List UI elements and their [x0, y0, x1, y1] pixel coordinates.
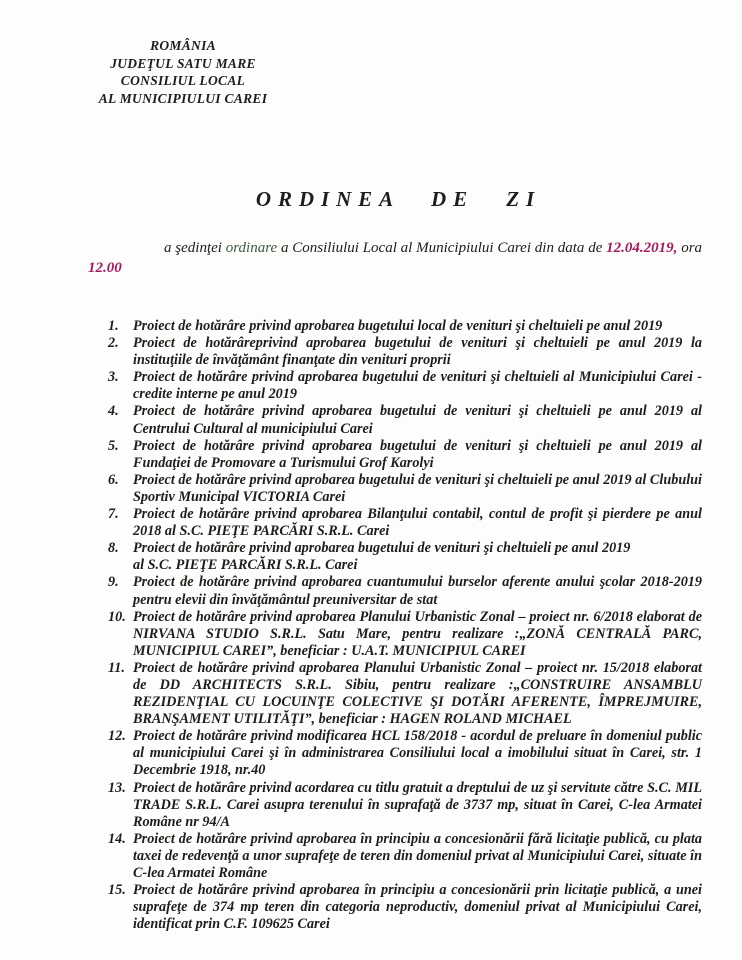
subtitle-body: a Consiliului Local al Municipiului Care…	[281, 240, 602, 256]
item-number: 6.	[108, 472, 133, 489]
letterhead: ROMÂNIA JUDEŢUL SATU MARE CONSILIUL LOCA…	[83, 37, 283, 107]
item-number: 8.	[108, 540, 133, 557]
item-number: 15.	[108, 882, 133, 899]
item-text: Proiect de hotărâre privind aprobarea bu…	[133, 438, 702, 471]
page-title: ORDINEA DE ZI	[88, 186, 702, 212]
item-text: Proiect de hotărâre privind aprobarea Pl…	[133, 609, 702, 659]
agenda-item: 8.Proiect de hotărâre privind aprobarea …	[108, 540, 702, 574]
item-number: 12.	[108, 728, 133, 745]
agenda-item: 11.Proiect de hotărâre privind aprobarea…	[108, 660, 702, 728]
document-page: ROMÂNIA JUDEŢUL SATU MARE CONSILIUL LOCA…	[0, 0, 742, 960]
item-text: Proiect de hotărâre privind aprobarea Bi…	[133, 506, 702, 539]
item-number: 1.	[108, 318, 133, 335]
item-text: Proiect de hotărâre privind aprobarea bu…	[133, 472, 702, 505]
agenda-item: 14.Proiect de hotărâre privind aprobarea…	[108, 831, 702, 882]
item-text: Proiect de hotărâre privind aprobarea în…	[133, 882, 702, 932]
meeting-subtitle: a şedinţei ordinare a Consiliului Local …	[88, 238, 702, 278]
item-text: Proiect de hotărâre privind acordarea cu…	[133, 780, 702, 830]
letterhead-line-council: CONSILIUL LOCAL	[83, 72, 283, 90]
item-number: 7.	[108, 506, 133, 523]
agenda-item: 5.Proiect de hotărâre privind aprobarea …	[108, 438, 702, 472]
agenda-item: 2.Proiect de hotărâreprivind aprobarea b…	[108, 335, 702, 369]
agenda-item: 3.Proiect de hotărâre privind aprobarea …	[108, 369, 702, 403]
agenda-item: 15.Proiect de hotărâre privind aprobarea…	[108, 882, 702, 933]
item-number: 5.	[108, 438, 133, 455]
item-number: 13.	[108, 780, 133, 797]
item-text: Proiect de hotărâre privind aprobarea Pl…	[133, 660, 702, 727]
agenda-item: 1.Proiect de hotărâre privind aprobarea …	[108, 318, 702, 335]
subtitle-prefix: a şedinţei	[164, 240, 222, 256]
item-number: 3.	[108, 369, 133, 386]
item-number: 2.	[108, 335, 133, 352]
agenda-item: 6.Proiect de hotărâre privind aprobarea …	[108, 472, 702, 506]
agenda-item: 4.Proiect de hotărâre privind aprobarea …	[108, 403, 702, 437]
item-number: 14.	[108, 831, 133, 848]
agenda-item: 9.Proiect de hotărâre privind aprobarea …	[108, 574, 702, 608]
item-number: 4.	[108, 403, 133, 420]
item-text: Proiect de hotărâre privind aprobarea bu…	[133, 540, 630, 573]
meeting-type: ordinare	[226, 240, 277, 256]
item-text: Proiect de hotărâreprivind aprobarea bug…	[133, 335, 702, 368]
item-text: Proiect de hotărâre privind aprobarea bu…	[133, 318, 662, 334]
item-number: 9.	[108, 574, 133, 591]
item-text: Proiect de hotărâre privind aprobarea cu…	[133, 574, 702, 607]
time-label: ora	[681, 240, 702, 256]
agenda-item: 10.Proiect de hotărâre privind aprobarea…	[108, 609, 702, 660]
item-number: 11.	[108, 660, 133, 677]
item-text: Proiect de hotărâre privind aprobarea în…	[133, 831, 702, 881]
agenda-item: 12.Proiect de hotărâre privind modificar…	[108, 728, 702, 779]
meeting-date: 12.04.2019,	[606, 240, 677, 256]
meeting-time: 12.00	[88, 260, 122, 276]
letterhead-line-municipality: AL MUNICIPIULUI CAREI	[83, 90, 283, 108]
agenda-item: 13.Proiect de hotărâre privind acordarea…	[108, 780, 702, 831]
agenda-item: 7.Proiect de hotărâre privind aprobarea …	[108, 506, 702, 540]
agenda-list: 1.Proiect de hotărâre privind aprobarea …	[108, 318, 702, 933]
letterhead-line-county: JUDEŢUL SATU MARE	[83, 55, 283, 73]
item-text: Proiect de hotărâre privind modificarea …	[133, 728, 702, 778]
item-text: Proiect de hotărâre privind aprobarea bu…	[133, 403, 702, 436]
letterhead-line-country: ROMÂNIA	[83, 37, 283, 55]
item-number: 10.	[108, 609, 133, 626]
item-text: Proiect de hotărâre privind aprobarea bu…	[133, 369, 702, 402]
